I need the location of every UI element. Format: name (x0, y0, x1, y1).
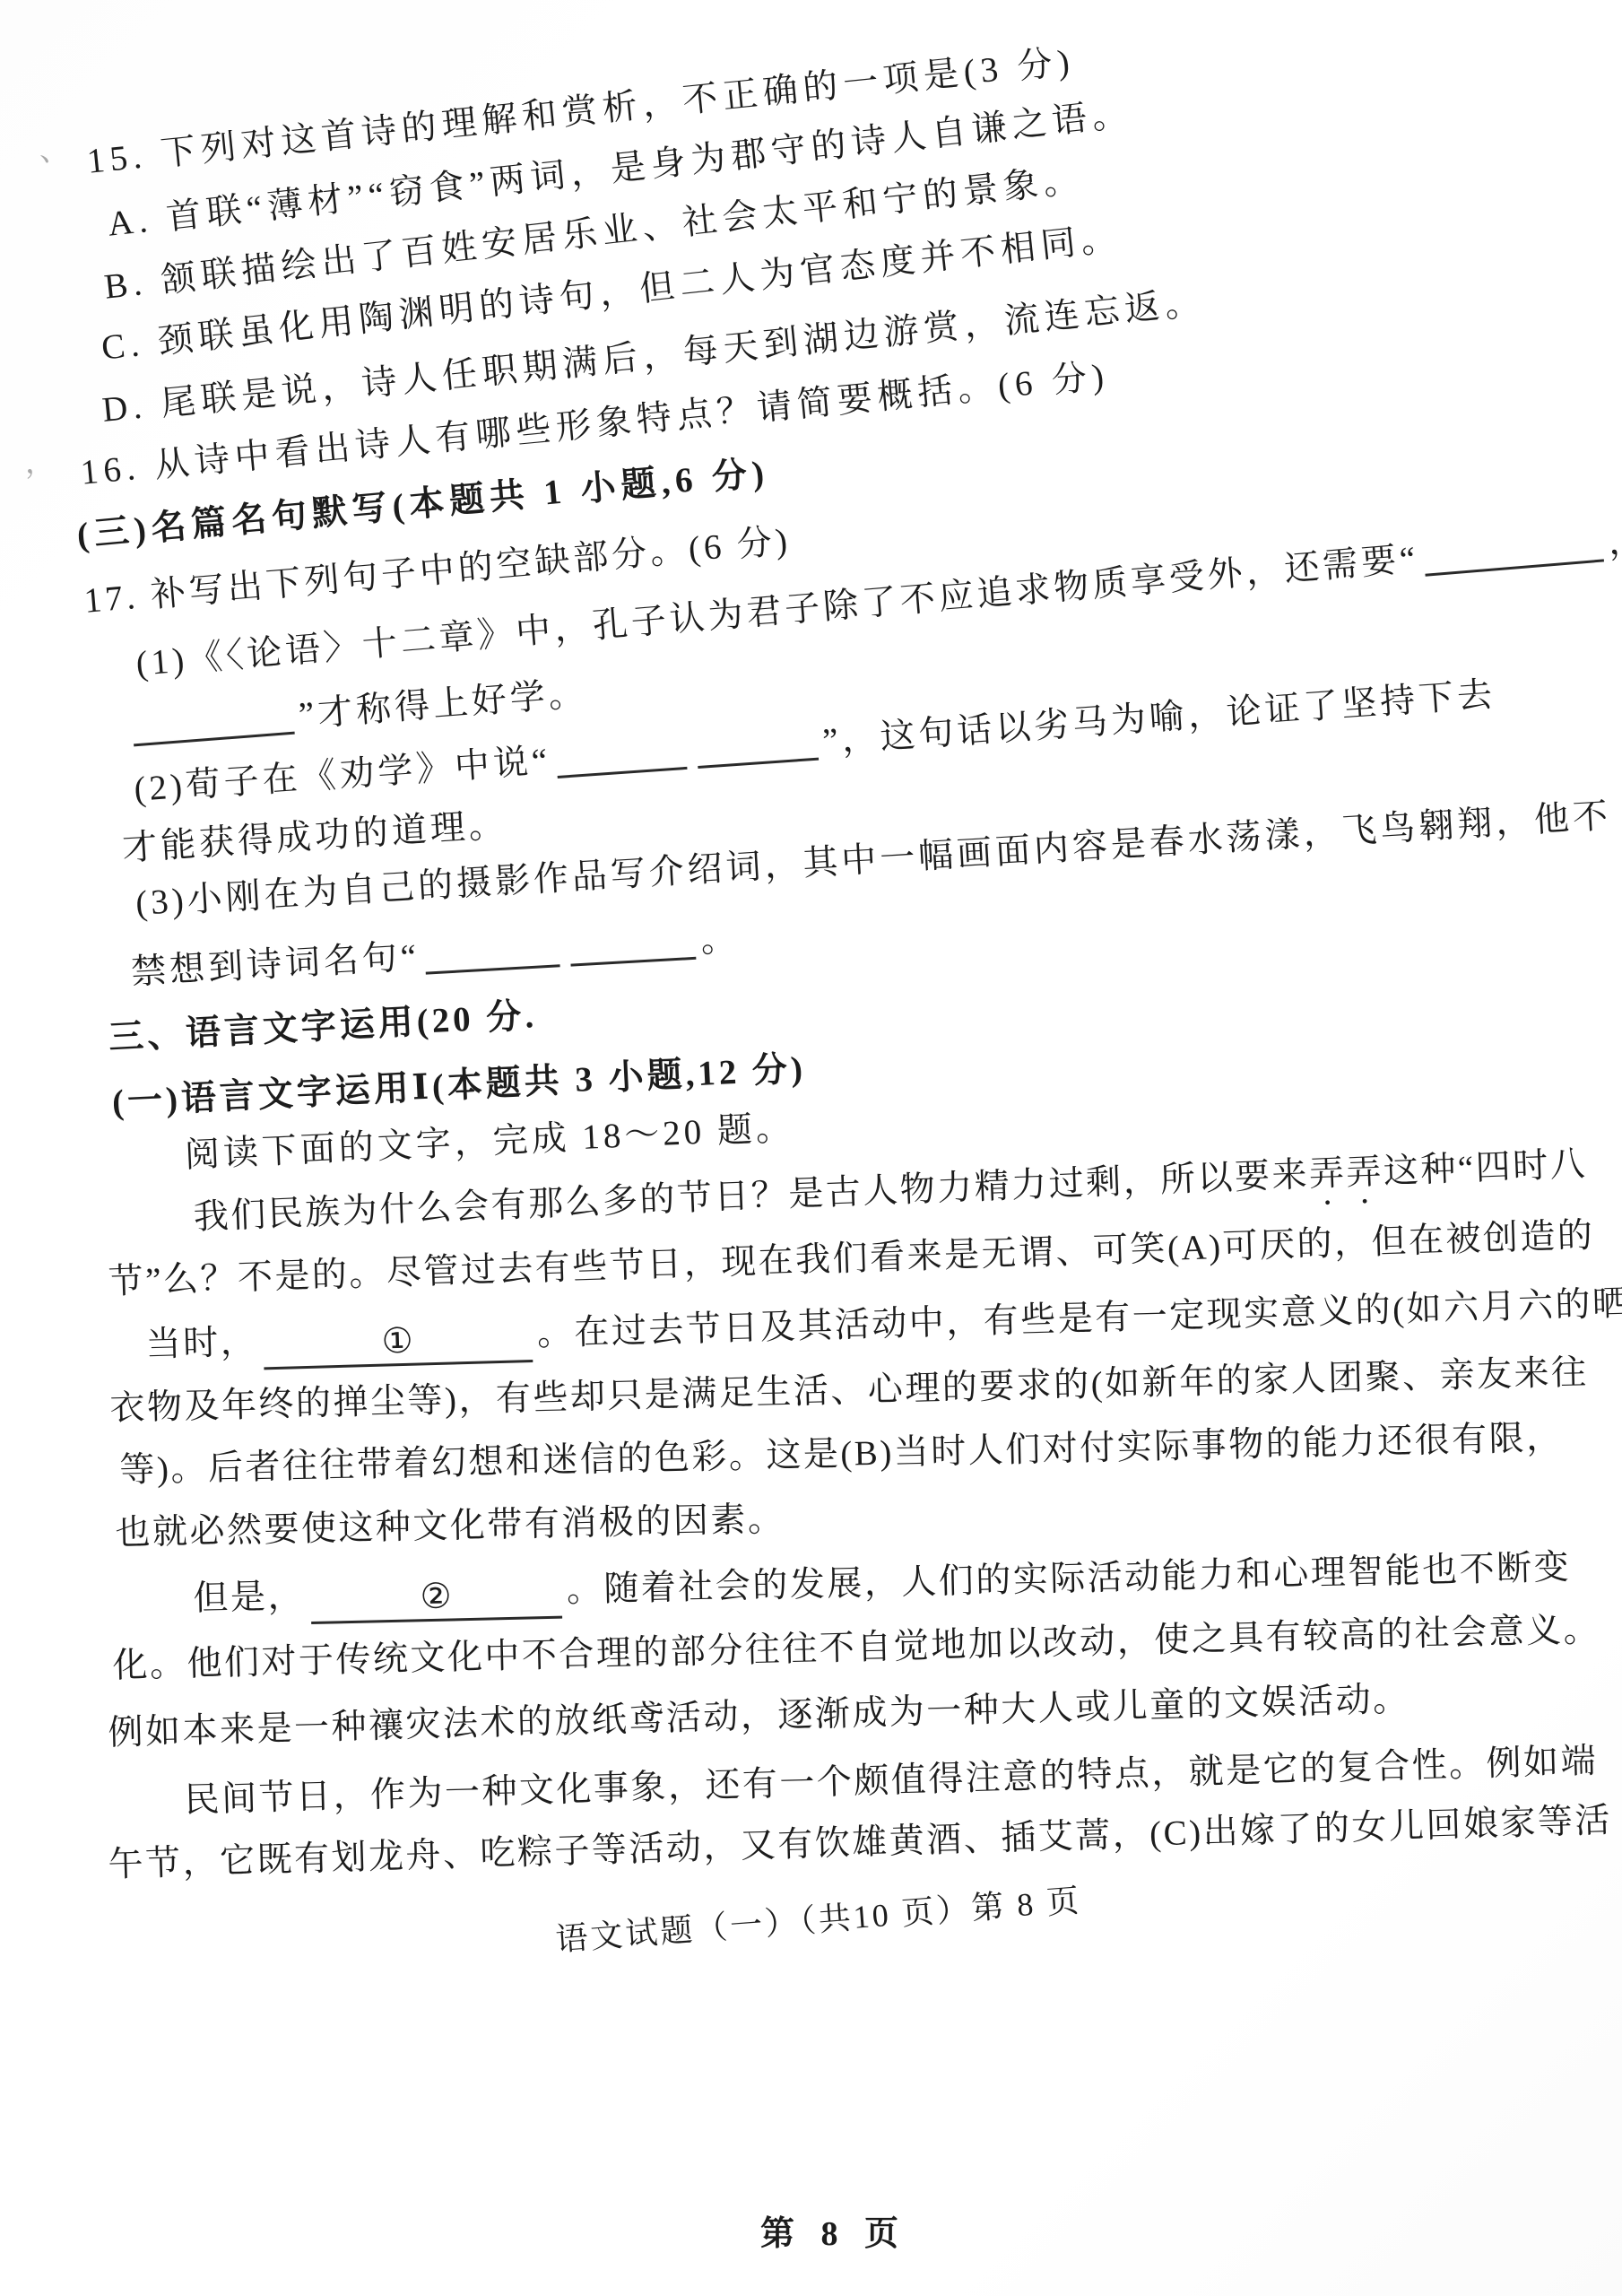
passage-text: 例如本来是一种禳灾法术的放纸鸢活动，逐渐成为一种大人或儿童的文娱活动。 (108, 1680, 1410, 1752)
part3-heading-text: 三、语言文字运用(20 分. (108, 996, 538, 1057)
emphasized-word: 弄弄 (1308, 1152, 1384, 1194)
numbered-blank-2: ② (310, 1580, 562, 1624)
scan-smudge-mark: 、 (39, 126, 70, 170)
part3-heading: 三、语言文字运用(20 分. (108, 996, 538, 1059)
fill-in-blank (1422, 524, 1604, 577)
reading-instruction: 阅读下面的文字，完成 18～20 题。 (184, 1108, 795, 1177)
fill-in-blank (131, 696, 295, 747)
passage-text: 等)。后者往往带着幻想和迷信的色彩。这是(B)当时人们对付实际事物的能力还很有限… (119, 1418, 1564, 1490)
circled-number-1: ① (381, 1324, 413, 1361)
page-footer: 语文试题（一）（共10 页）第 8 页 (554, 1880, 1083, 1961)
passage-text: 。在过去节日及其活动中，有些是有一定现实意义的(如六月六的晒 (536, 1284, 1622, 1353)
reading-instruction-text: 阅读下面的文字，完成 18～20 题。 (184, 1109, 795, 1175)
q17-item2-line2-text: 才能获得成功的道理。 (121, 805, 508, 868)
fill-in-blank (695, 722, 819, 769)
q17-item3-line2-text: 禁想到诗词名句“ (130, 937, 421, 992)
passage-text: 。随着社会的发展，人们的实际活动能力和心理智能也不断变 (566, 1548, 1571, 1609)
q17-item1-line2-text: ”才称得上好学。 (298, 674, 589, 735)
passage-text: 这种“四时八 (1383, 1144, 1588, 1191)
scan-smudge-mark: ， (25, 438, 56, 482)
passage-line-9: 例如本来是一种禳灾法术的放纸鸢活动，逐渐成为一种大人或儿童的文娱活动。 (108, 1679, 1410, 1754)
q17-item1-line1: (1)《〈论语〉十二章》中，孔子认为君子除了不应追求物质享受外，还需要“， (134, 519, 1622, 684)
fill-in-blank (424, 928, 560, 974)
numbered-blank-1: ① (263, 1324, 533, 1370)
q17-item2-tail: ”，这句话以劣马为喻，论证了坚持下去 (821, 675, 1496, 761)
passage-line-6: 也就必然要使这种文化带有消极的因素。 (115, 1499, 785, 1554)
passage-line-5: 等)。后者往往带着幻想和迷信的色彩。这是(B)当时人们对付实际事物的能力还很有限… (119, 1417, 1564, 1492)
passage-text: 但是， (193, 1577, 305, 1618)
page-number-text: 第 8 页 (760, 2215, 907, 2253)
q17-item2-line2: 才能获得成功的道理。 (121, 804, 508, 870)
q17-item1-line2: ”才称得上好学。 (126, 674, 588, 750)
passage-text: 也就必然要使这种文化带有消极的因素。 (115, 1500, 785, 1552)
fill-in-blank (569, 921, 697, 967)
q17-item3-line2: 禁想到诗词名句“。 (130, 918, 741, 994)
exam-page-scan: 、 ， 15. 下列对这首诗的理解和赏析，不正确的一项是(3 分) A. 首联“… (0, 0, 1622, 2296)
q17-item1-tail: ， (1607, 520, 1622, 561)
passage-text: 当时， (145, 1323, 258, 1364)
q17-item3-tail: 。 (699, 919, 740, 960)
q17-item2-text: (2)荀子在《劝学》中说“ (133, 742, 552, 809)
fill-in-blank (555, 731, 688, 778)
page-number: 第 8 页 (760, 2213, 907, 2255)
page-footer-text: 语文试题（一）（共10 页）第 8 页 (554, 1883, 1082, 1958)
circled-number-2: ② (420, 1578, 452, 1615)
